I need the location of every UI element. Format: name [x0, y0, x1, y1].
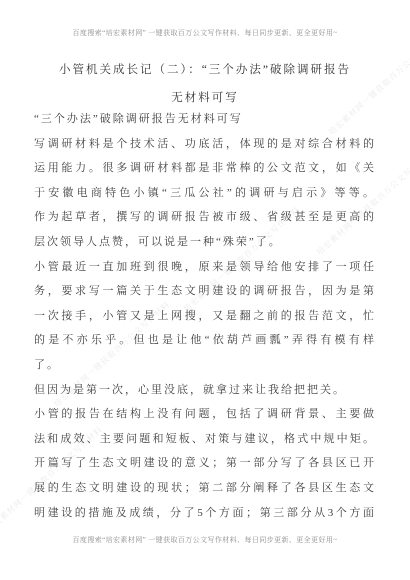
footer-banner: 百度搜索“培宏素材网” 一键获取百万公文写作材料、每日同步更新、更全更好用~ [0, 534, 410, 546]
body-line: 小管的报告在结构上没有问题，包括了调研背景、主要做 [34, 402, 376, 427]
body-line: 小管最近一直加班到很晚，原来是领导给他安排了一项任 [34, 255, 376, 280]
body-line: 开篇写了生态文明建设的意义；第一部分写了各县区已开 [34, 451, 376, 476]
body-line: “三个办法”破除调研报告无材料可写 [34, 107, 376, 132]
body-line: 于安徽电商特色小镇“三瓜公社”的调研与启示》等等。 [34, 181, 376, 206]
body-line: 法和成效、主要问题和短板、对策与建议，格式中规中矩。 [34, 427, 376, 452]
body-line: 作为起草者，撰写的调研报告被市级、省级甚至是更高的 [34, 205, 376, 230]
body-line: 层次领导人点赞，可以说是一种“殊荣”了。 [34, 230, 376, 255]
body-line: 了。 [34, 353, 376, 378]
document-page: 培宏素材网一键获取百万公文写作材料 培宏素材网一键获取百万公文写作材料 培宏素材… [0, 0, 410, 580]
body-line: 但因为是第一次，心里没底，就拿过来让我给把把关。 [34, 378, 376, 403]
document-body: “三个办法”破除调研报告无材料可写 写调研材料是个技术活、功底活，体现的是对综合… [34, 107, 376, 525]
body-line: 的是不亦乐乎。但也是让他“依葫芦画瓢”弄得有模有样 [34, 328, 376, 353]
body-line: 运用能力。很多调研材料都是非常棒的公文范文，如《关 [34, 156, 376, 181]
body-line: 务，要求写一篇关于生态文明建设的调研报告，因为是第 [34, 279, 376, 304]
title-line-1: 小管机关成长记（二）：“三个办法”破除调研报告 [34, 56, 376, 84]
body-line: 写调研材料是个技术活、功底活，体现的是对综合材料的 [34, 132, 376, 157]
document-title: 小管机关成长记（二）：“三个办法”破除调研报告 无材料可写 [34, 56, 376, 112]
body-line: 展的生态文明建设的现状；第二部分阐释了各县区生态文 [34, 476, 376, 501]
body-line: 一次接手，小管又是上网搜，又是翻之前的报告范文，忙 [34, 304, 376, 329]
body-line: 明建设的措施及成绩，分了5个方面；第三部分从3个方面 [34, 501, 376, 526]
header-banner: 百度搜索“培宏素材网” 一键获取百万公文写作材料、每日同步更新、更全更好用~ [0, 27, 410, 39]
